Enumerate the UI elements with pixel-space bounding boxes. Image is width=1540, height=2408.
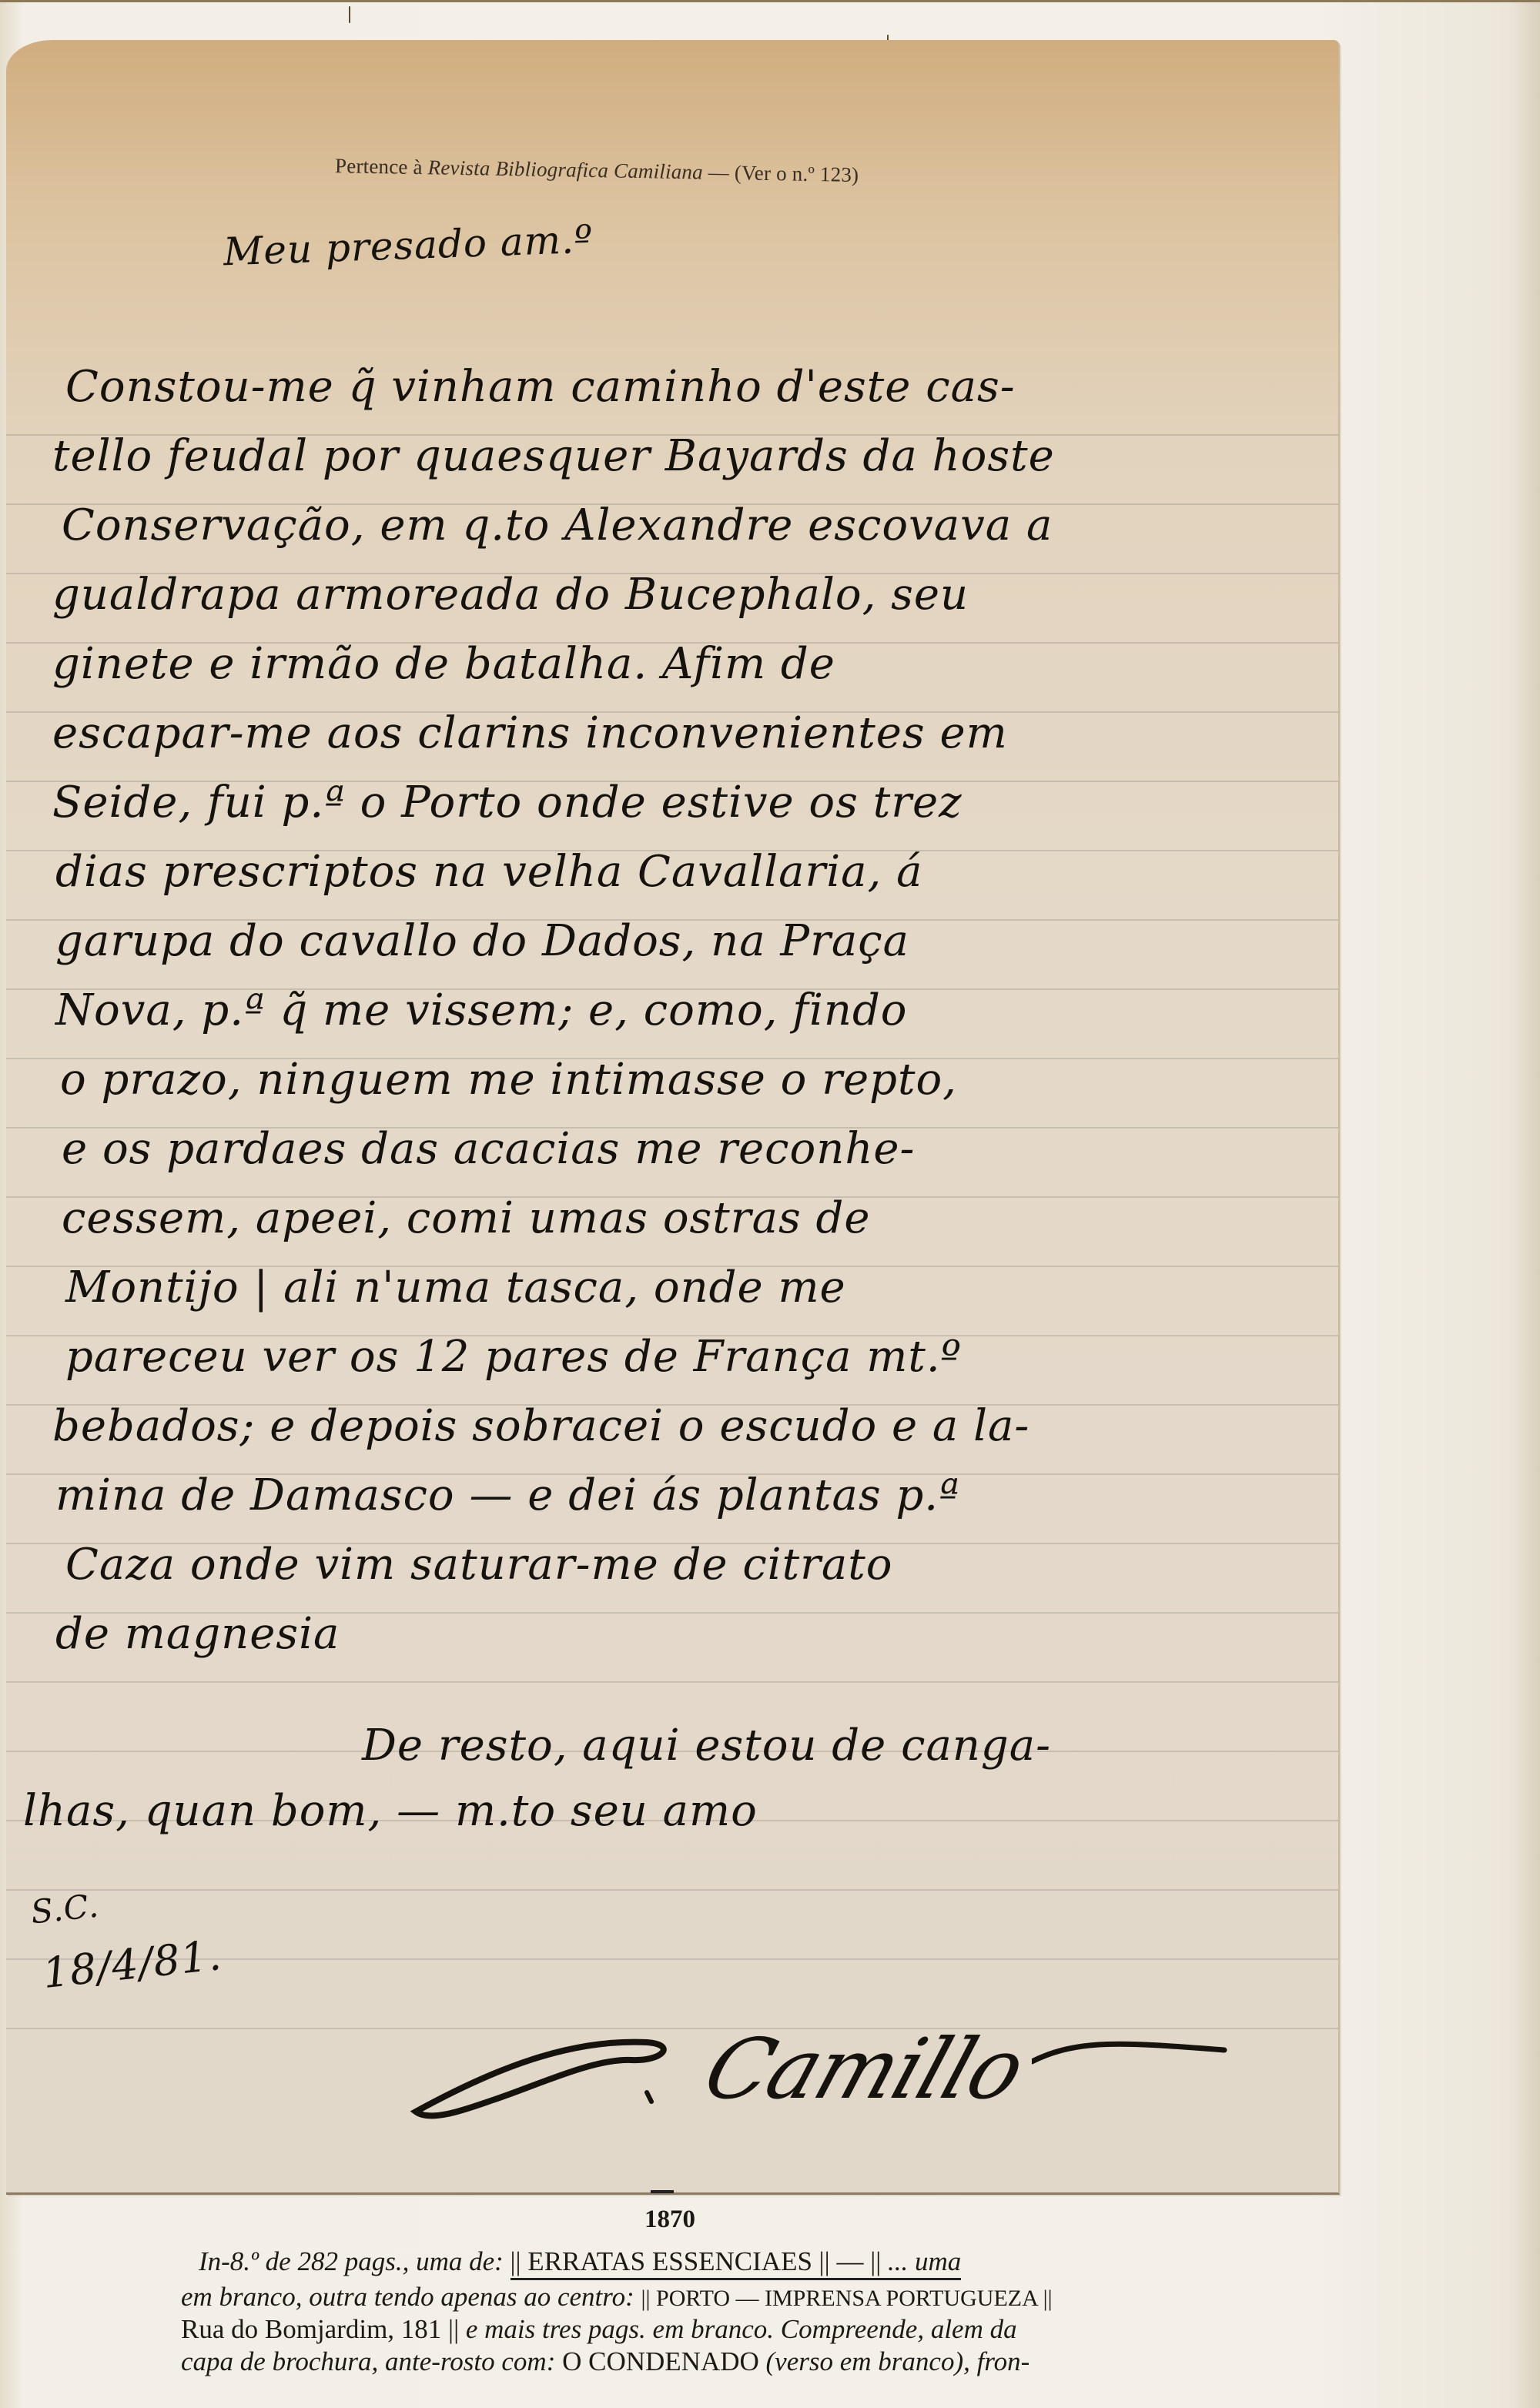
letter-line: Montijo | ali n'uma tasca, onde me xyxy=(65,1263,846,1313)
printed-fragment: O CONDENADO xyxy=(562,2346,765,2376)
printed-fragment: || ERRATAS ESSENCIAES || — || xyxy=(511,2246,888,2280)
printed-fragment: ... uma xyxy=(888,2246,961,2280)
letter-line: garupa do cavallo do Dados, na Praça xyxy=(55,916,909,966)
printed-fragment: capa de brochura, ante-rosto com: xyxy=(181,2346,562,2376)
printed-fragment: Rua do Bomjardim, 181 || xyxy=(181,2314,466,2344)
letter-line: o prazo, ninguem me intimasse o repto, xyxy=(60,1055,957,1105)
signature-name: Camillo xyxy=(693,2022,1036,2118)
letter-closing-line: De resto, aqui estou de canga- xyxy=(362,1721,1051,1771)
printed-fragment: e mais tres pags. em branco. Compreende,… xyxy=(466,2314,1017,2344)
letter-line: Caza onde vim saturar-me de citrato xyxy=(65,1540,892,1590)
letter-line: bebados; e depois sobracei o escudo e a … xyxy=(52,1401,1029,1451)
signature: Camillo xyxy=(400,2015,1170,2139)
letter-line: dias prescriptos na velha Cavallaria, á xyxy=(55,847,923,897)
page-top-edge xyxy=(0,0,1540,2)
printed-fragment: || PORTO — IMPRENSA PORTUGUEZA || xyxy=(641,2286,1053,2311)
printed-fragment: em branco, outra tendo apenas ao centro: xyxy=(181,2282,641,2312)
printed-year: 1870 xyxy=(0,2203,1340,2236)
letter-line: Conservação, em q.to Alexandre escovava … xyxy=(62,500,1053,550)
ruled-line xyxy=(6,1889,1338,1891)
letter-line: Nova, p.ª q̃ me vissem; e, como, findo xyxy=(55,985,908,1035)
printed-line: In-8.º de 282 pags., uma de: || ERRATAS … xyxy=(199,2246,1223,2278)
printed-fragment: In-8.º de 282 pags., uma de: xyxy=(199,2246,511,2276)
letter-place-initials: S.C. xyxy=(29,1887,101,1931)
printed-line: capa de brochura, ante-rosto com: O COND… xyxy=(181,2346,1205,2378)
letter-line: Seide, fui p.ª o Porto onde estive os tr… xyxy=(52,778,962,828)
separator-dash xyxy=(651,2190,674,2193)
letter-line: de magnesia xyxy=(55,1609,340,1659)
letter-line: escapar-me aos clarins inconvenientes em xyxy=(52,708,1008,758)
printed-fragment: (verso em branco), fron- xyxy=(766,2346,1030,2376)
letter-closing-line: lhas, quan bom, — m.to seu amo xyxy=(23,1786,758,1836)
journal-name: Revista Bibliografica Camiliana xyxy=(427,156,703,183)
ruled-line xyxy=(6,1681,1338,1683)
book-page: Pertence à Revista Bibliografica Camilia… xyxy=(0,0,1540,2408)
letter-line: e os pardaes das acacias me reconhe- xyxy=(62,1124,915,1174)
letter-line: Constou-me q̃ vinham caminho d'este cas- xyxy=(65,362,1016,412)
signature-tail-icon xyxy=(1032,2031,1232,2092)
letter-line: mina de Damasco — e dei ás plantas p.ª xyxy=(55,1470,960,1520)
letter-line: gualdrapa armoreada do Bucephalo, seu xyxy=(52,570,969,620)
paper-mark xyxy=(349,6,350,23)
printed-line: em branco, outra tendo apenas ao centro:… xyxy=(181,2281,1205,2315)
letter-line: ginete e irmão de batalha. Afim de xyxy=(52,639,835,689)
letter-line: pareceu ver os 12 pares de França mt.º xyxy=(65,1332,962,1382)
letter-line: tello feudal por quaesquer Bayards da ho… xyxy=(52,431,1055,481)
letterhead-prefix: Pertence à xyxy=(335,154,428,179)
signature-flourish-icon xyxy=(400,2015,724,2139)
letterhead-reference: — (Ver o n.º 123) xyxy=(703,160,859,186)
letter-line: cessem, apeei, comi umas ostras de xyxy=(62,1193,870,1243)
printed-line: Rua do Bomjardim, 181 || e mais tres pag… xyxy=(181,2313,1205,2346)
